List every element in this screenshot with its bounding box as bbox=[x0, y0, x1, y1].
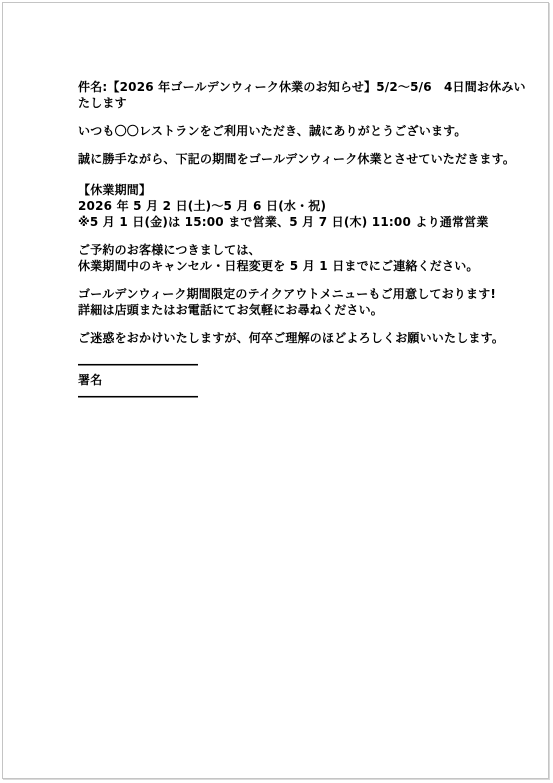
blank-line bbox=[78, 346, 528, 356]
blank-line bbox=[78, 230, 528, 242]
document-body: 件名:【2026 年ゴールデンウィーク休業のお知らせ】5/2〜5/6 4日間お休… bbox=[78, 79, 528, 404]
blank-line bbox=[78, 111, 528, 123]
subject-line-1: 件名:【2026 年ゴールデンウィーク休業のお知らせ】5/2〜5/6 4日間お休… bbox=[78, 79, 528, 95]
takeout-line-1: ゴールデンウィーク期間限定のテイクアウトメニューもご用意しております! bbox=[78, 286, 528, 302]
signature-name: 署名 bbox=[78, 372, 528, 388]
blank-line bbox=[78, 139, 528, 151]
blank-line bbox=[78, 167, 528, 182]
notice-text: 誠に勝手ながら、下記の期間をゴールデンウィーク休業とさせていただきます。 bbox=[78, 151, 528, 167]
blank-line bbox=[78, 274, 528, 286]
signature-divider-bottom: ―――――――――― bbox=[78, 388, 528, 404]
subject-line-2: たします bbox=[78, 95, 528, 111]
blank-line bbox=[78, 318, 528, 330]
closing-text: ご迷惑をおかけいたしますが、何卒ご理解のほどよろしくお願いいたします。 bbox=[78, 330, 528, 346]
reservation-line-1: ご予約のお客様につきましては、 bbox=[78, 242, 528, 258]
signature-divider-top: ―――――――――― bbox=[78, 356, 528, 372]
closure-hours-note: ※5 月 1 日(金)は 15:00 まで営業、5 月 7 日(木) 11:00… bbox=[78, 214, 528, 230]
reservation-line-2: 休業期間中のキャンセル・日程変更を 5 月 1 日までにご連絡ください。 bbox=[78, 258, 528, 274]
greeting-text: いつも〇〇レストランをご利用いただき、誠にありがとうございます。 bbox=[78, 123, 528, 139]
takeout-line-2: 詳細は店頭またはお電話にてお気軽にお尋ねください。 bbox=[78, 302, 528, 318]
document-page: 件名:【2026 年ゴールデンウィーク休業のお知らせ】5/2〜5/6 4日間お休… bbox=[2, 2, 549, 779]
closure-period: 2026 年 5 月 2 日(土)〜5 月 6 日(水・祝) bbox=[78, 198, 528, 214]
closure-heading: 【休業期間】 bbox=[78, 182, 528, 198]
